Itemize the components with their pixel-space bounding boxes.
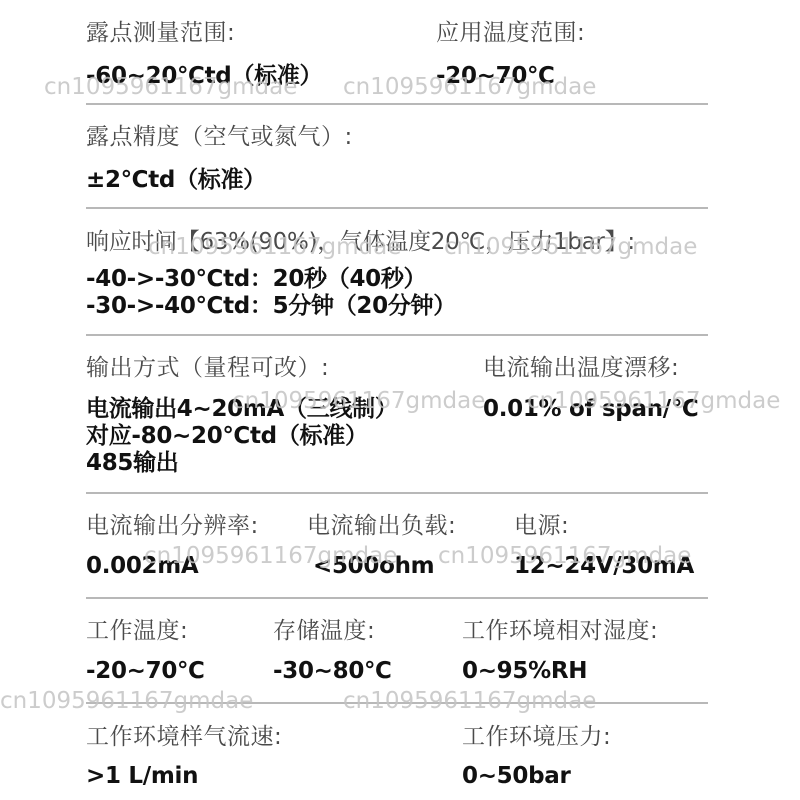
value-sample-gas-flow: >1 L/min: [86, 763, 198, 789]
label-power-supply: 电源:: [514, 515, 569, 538]
label-working-temp: 工作温度:: [86, 620, 188, 643]
output-mode-line-2: 对应-80~20℃td（标准）: [86, 423, 398, 450]
divider: [86, 597, 708, 599]
value-current-output-temp-drift: 0.01% of span/℃: [483, 396, 698, 422]
response-time-line-1: -40->-30℃td：20秒（40秒）: [86, 266, 456, 293]
label-current-output-resolution: 电流输出分辨率:: [86, 515, 259, 538]
label-current-output-temp-drift: 电流输出温度漂移:: [483, 357, 679, 380]
value-working-temp: -20~70℃: [86, 658, 205, 684]
divider: [86, 103, 708, 105]
value-output-mode: 电流输出4~20mA（三线制） 对应-80~20℃td（标准） 485输出: [86, 396, 398, 477]
label-dew-point-range: 露点测量范围:: [86, 22, 235, 45]
label-storage-temp: 存储温度:: [273, 620, 375, 643]
value-working-pressure: 0~50bar: [462, 763, 571, 789]
value-dew-point-accuracy: ±2℃td（标准）: [86, 167, 266, 193]
label-response-time: 响应时间【63%(90%)，气体温度20℃，压力1bar】:: [86, 231, 635, 254]
divider: [86, 334, 708, 336]
label-dew-point-accuracy: 露点精度（空气或氮气）:: [86, 126, 353, 149]
value-current-output-resolution: 0.002mA: [86, 553, 198, 579]
value-application-temp-range: -20~70℃: [436, 63, 555, 89]
response-time-line-2: -30->-40℃td：5分钟（20分钟）: [86, 293, 456, 320]
value-response-time: -40->-30℃td：20秒（40秒） -30->-40℃td：5分钟（20分…: [86, 266, 456, 320]
label-working-humidity: 工作环境相对湿度:: [462, 620, 658, 643]
value-dew-point-range: -60~20℃td（标准）: [86, 63, 322, 89]
value-working-humidity: 0~95%RH: [462, 658, 587, 684]
output-mode-line-3: 485输出: [86, 450, 398, 477]
value-storage-temp: -30~80℃: [273, 658, 392, 684]
label-sample-gas-flow: 工作环境样气流速:: [86, 726, 282, 749]
output-mode-line-1: 电流输出4~20mA（三线制）: [86, 396, 398, 423]
label-working-pressure: 工作环境压力:: [462, 726, 611, 749]
divider: [86, 492, 708, 494]
value-current-output-load: <500ohm: [313, 553, 434, 579]
value-power-supply: 12~24V/30mA: [514, 553, 694, 579]
label-current-output-load: 电流输出负载:: [307, 515, 456, 538]
label-output-mode: 输出方式（量程可改）:: [86, 357, 329, 380]
divider: [86, 207, 708, 209]
divider: [86, 702, 708, 704]
label-application-temp-range: 应用温度范围:: [436, 22, 585, 45]
